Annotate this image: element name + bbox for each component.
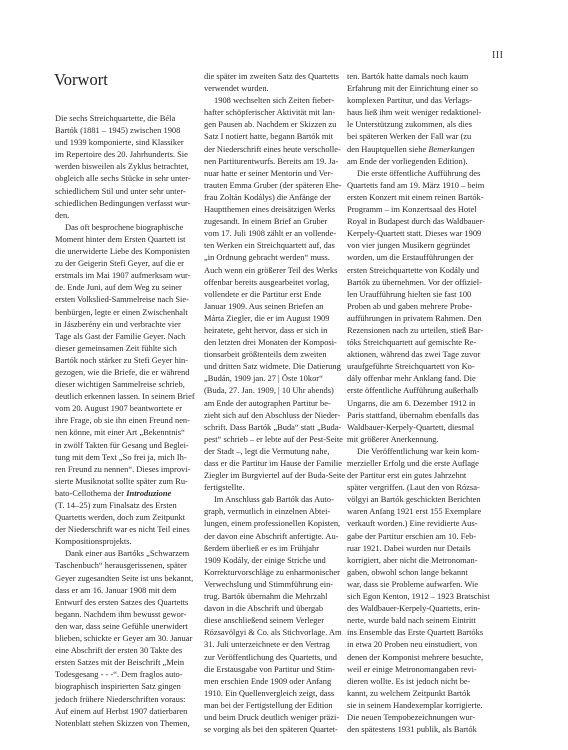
text-line: Rezensionen nach zu urteilen, stieß Bar- <box>347 324 493 336</box>
emphasized-term: Bemerkungen <box>428 144 474 154</box>
text-line: de. Ende Juni, auf dem Weg zu seiner <box>55 281 193 293</box>
text-line: jedoch frühere Niederschriften voraus: <box>55 693 193 705</box>
text-line: bato-Cellothema der Introduzione <box>55 487 193 499</box>
text-line: ersten Volkslied-Sammelreise nach Sie- <box>55 293 193 305</box>
text-line: die unerwiderte Liebe des Komponisten <box>55 245 193 257</box>
text-line: sierte Musiknotat sollte später zum Ru- <box>55 475 193 487</box>
text-line: offenbar bereits ausgearbeitet vorlag, <box>204 276 342 288</box>
text-line: pest“ schrieb – er lebte auf der Pest-Se… <box>204 433 342 445</box>
text-line: gaben, obwohl schon lange bekannt <box>347 566 493 578</box>
text-line: Die Veröffentlichung war kein kom- <box>347 445 493 457</box>
text-line: Die neuen Tempobezeichnungen wur- <box>347 711 493 723</box>
text-line: von vier jungen Musikern gegründet <box>347 239 493 251</box>
text-line: frau Zoltán Kodálys) die Anfänge der <box>204 191 342 203</box>
text-line: Das oft besprochene biographische <box>55 221 193 233</box>
text-line: erste öffentliche Aufführung außerhalb <box>347 384 493 396</box>
text-line: ruar 1921. Dabei wurden nur Details <box>347 542 493 554</box>
text-line: vollendete er die Partitur erst Ende <box>204 288 342 300</box>
text-line: worden, um die Erstaufführungen der <box>347 251 493 263</box>
text-line: len Uraufführung hielten sie fast 100 <box>347 288 493 300</box>
text-line: dieren wollte. Es ist jedoch nicht be- <box>347 675 493 687</box>
text-line: zu der Geigerin Stefi Geyer, auf die er <box>55 257 193 269</box>
text-line: in etwa 20 Proben neu einstudiert, von <box>347 638 493 650</box>
text-line: bei späteren Werken der Fall war (zu <box>347 130 493 142</box>
text-line: den letzten drei Monaten der Komposi- <box>204 336 342 348</box>
text-line: biographisch inspirierten Satz gingen <box>55 680 193 692</box>
text-line: tionsarbeit größtenteils dem zweiten <box>204 348 342 360</box>
text-line: tóks Streichquartett auf gemischte Re- <box>347 336 493 348</box>
text-line: Januar 1909. Aus seinen Briefen an <box>204 300 342 312</box>
text-line: den war, dass seine Gefühle unerwidert <box>55 620 193 632</box>
text-line: nuar hatte er seiner Mentorin und Ver- <box>204 167 342 179</box>
text-line: die Erstausgabe von Partitur und Stim- <box>204 663 342 675</box>
text-line: ersten Konzert mit einem reinen Bartók- <box>347 191 493 203</box>
text-line: Notenblatt stehen Skizzen von Themen, <box>55 717 193 729</box>
text-line: „in Ordnung gebracht werden“ muss. <box>204 251 342 263</box>
text-line: lungen, einem professionellen Kopisten, <box>204 517 342 529</box>
text-line: nen Partiturentwurfs. Bereits am 19. Ja- <box>204 155 342 167</box>
text-line: benbürgen, legte er einen Zwischenhalt <box>55 306 193 318</box>
text-line: vom 20. August 1907 beantwortete er <box>55 402 193 414</box>
text-line: Moment hinter dem Ersten Quartett ist <box>55 233 193 245</box>
text-line: ersten Satzes mit der Beischrift „Mein <box>55 656 193 668</box>
text-line: 31. Juli unterzeichnete er den Vertrag <box>204 638 342 650</box>
text-line: erstmals im Mai 1907 aufmerksam wur- <box>55 269 193 281</box>
text-column-1: Die sechs Streichquartette, die BélaBart… <box>55 112 193 729</box>
text-line: völgyi an Bartók geschickten Berichten <box>347 493 493 505</box>
text-line: ten. Bartók hatte damals noch kaum <box>347 70 493 82</box>
text-line: denen der Komponist mehrere besuchte, <box>347 651 493 663</box>
text-line: davon in die Abschrift und übergab <box>204 602 342 614</box>
text-line: und 1939 komponierte, sind Klassiker <box>55 136 193 148</box>
text-line: Márta Ziegler, die er im August 1909 <box>204 312 342 324</box>
text-line: ren Freund zu nennen“. Dieses improvi- <box>55 463 193 475</box>
text-line: den spätestens 1931 publik, als Bartók <box>347 723 493 735</box>
text-line: ersten Streichquartette von Kodály und <box>347 264 493 276</box>
emphasized-term: Introduzione <box>126 488 171 498</box>
text-line: Geyer zugesandten Seite ist uns bekannt, <box>55 572 193 584</box>
text-line: Kompositionsprojekts. <box>55 535 193 547</box>
text-column-2: die später im zweiten Satz des Quartetts… <box>204 70 342 735</box>
text-line: Ungarns, die am 6. Dezember 1912 in <box>347 397 493 409</box>
text-line: Paris stattfand, übernahm ebenfalls das <box>347 409 493 421</box>
text-line: waren Anfang 1921 erst 155 Exemplare <box>347 505 493 517</box>
text-line: der Niederschrift war es nicht Teil eine… <box>55 523 193 535</box>
text-line: trauten Emma Gruber (der späteren Ehe- <box>204 179 342 191</box>
text-line: Satz I notiert hatte, begann Bartók mit <box>204 130 342 142</box>
text-line: heiratete, geht hervor, dass er sich in <box>204 324 342 336</box>
text-column-3: ten. Bartók hatte damals noch kaumErfahr… <box>347 70 493 735</box>
text-line: mit größerer Anerkennung. <box>347 433 493 445</box>
text-line: nen könne, mit einer Art „Bekenntnis“ <box>55 426 193 438</box>
text-line: den. <box>55 209 193 221</box>
text-line: gabe der Partitur erschien am 10. Feb- <box>347 530 493 542</box>
text-line: ßerdem überließ er es im Frühjahr <box>204 542 342 554</box>
text-line: Bartók (1881 – 1945) zwischen 1908 <box>55 124 193 136</box>
text-line: Ziegler im Burgviertel auf der Buda-Seit… <box>204 469 342 481</box>
text-line: sie in seinem Handexemplar korrigierte. <box>347 699 493 711</box>
text-line: deutlich erkennen lassen. In seinem Brie… <box>55 390 193 402</box>
text-line: Korrekturvorschläge zu enharmonischer <box>204 566 342 578</box>
text-line: der davon eine Abschrift anfertigte. Au- <box>204 530 342 542</box>
text-line: dass er die Partitur im Hause der Famili… <box>204 457 342 469</box>
text-line: merzieller Erfolg und die erste Auflage <box>347 457 493 469</box>
text-line: haus ließ ihm weit weniger redaktionel- <box>347 106 493 118</box>
text-line: die später im zweiten Satz des Quartetts <box>204 70 342 82</box>
text-line: (T. 14–25) zum Finalsatz des Ersten <box>55 499 193 511</box>
text-line: 1909 Kodály, der einige Striche und <box>204 554 342 566</box>
text-line: Verwechslung und Stimmführung ein- <box>204 578 342 590</box>
text-line: schrift. Dass Bartók „Buda“ statt „Buda- <box>204 421 342 433</box>
text-line: „Budán, 1909 jan. 27 | Öste 10kor“ <box>204 372 342 384</box>
text-line: se vorging als bei den späteren Quartet- <box>204 723 342 735</box>
text-line: Kerpely-Quartett statt. Dieses war 1909 <box>347 227 493 239</box>
text-line: Taschenbuch“ herausgerissenen, später <box>55 559 193 571</box>
text-line: der Niederschrift eines heute verscholle… <box>204 143 342 155</box>
text-line: in zwölf Takten für Gesang und Beglei- <box>55 439 193 451</box>
text-line: der Partitur erst ein gutes Jahrzehnt <box>347 469 493 481</box>
text-line: le Unterstützung zukommen, als dies <box>347 118 493 130</box>
text-line: diese anschließend seinem Verleger <box>204 614 342 626</box>
text-line: sich Egon Kenton, 1912 – 1923 Bratschist <box>347 590 493 602</box>
text-line: später vergriffen. (Laut den von Rózsa- <box>347 481 493 493</box>
text-line: tung mit dem Text „So frei ja, mich Ih- <box>55 451 193 463</box>
text-line: dass er am 16. Januar 1908 mit dem <box>55 584 193 596</box>
text-line: der Stadt –, legt die Vermutung nahe, <box>204 445 342 457</box>
text-line: schiedlichen Bedingungen verfasst wur- <box>55 197 193 209</box>
text-line: Waldbauer-Kerpely-Quartett, diesmal <box>347 421 493 433</box>
text-line: komplexen Partitur, und das Verlags- <box>347 94 493 106</box>
text-line: man bei der Fertigstellung der Edition <box>204 699 342 711</box>
text-line: verkauft worden.) Eine revidierte Aus- <box>347 517 493 529</box>
text-line: Erfahrung mit der Einrichtung einer so <box>347 82 493 94</box>
text-line: korrigiert, aber nicht die Metronoman- <box>347 554 493 566</box>
text-line: am Ende der vorliegenden Edition). <box>347 155 493 167</box>
text-line: des Waldbauer-Kerpely-Quartetts, erin- <box>347 602 493 614</box>
text-line: Proben ab und gaben mehrere Probe- <box>347 300 493 312</box>
text-line: den Hauptquellen siehe Bemerkungen <box>347 143 493 155</box>
text-line: ins Ensemble das Erste Quartett Bartóks <box>347 626 493 638</box>
text-line: Die erste öffentliche Aufführung des <box>347 167 493 179</box>
text-line: zieht sich auf den Abschluss der Nieder- <box>204 409 342 421</box>
text-line: graph, vermutlich in einzelnen Abtei- <box>204 505 342 517</box>
text-line: kannt, zu welchem Zeitpunkt Bartók <box>347 687 493 699</box>
text-line: obgleich alle sechs Stücke in sehr unter… <box>55 172 193 184</box>
text-line: dieser wichtigen Sammelreise schrieb, <box>55 378 193 390</box>
text-line: in Jászberény ein und verbrachte vier <box>55 318 193 330</box>
text-line: werden bisweilen als Zyklus betrachtet, <box>55 160 193 172</box>
text-line: ihre Frage, ob sie ihn einen Freund nen- <box>55 414 193 426</box>
text-line: trug. Bartók übernahm die Mehrzahl <box>204 590 342 602</box>
text-line: ten Werken ein Streichquartett auf, das <box>204 239 342 251</box>
text-line: aktionen, während das zwei Tage zuvor <box>347 348 493 360</box>
text-line: Todesgesang - - -“. Dem fraglos auto- <box>55 668 193 680</box>
text-line: uraufgeführte Streichquartett von Ko- <box>347 360 493 372</box>
text-line: Royal in Budapest durch das Waldbauer- <box>347 215 493 227</box>
text-line: Bartók noch stärker zu Stefi Geyer hin- <box>55 354 193 366</box>
text-line: gezogen, wie die Briefe, die er während <box>55 366 193 378</box>
page-number: III <box>492 50 504 61</box>
text-line: Hauptthemen eines dreisätzigen Werks <box>204 203 342 215</box>
text-line: Bartók zu übernehmen. Vor der offiziel- <box>347 276 493 288</box>
text-line: Quartetts fand am 19. März 1910 – beim <box>347 179 493 191</box>
page-title: Vorwort <box>54 70 108 90</box>
text-line: dieser gemeinsamen Zeit fühlte sich <box>55 342 193 354</box>
text-line: Auch wenn ein größerer Teil des Werks <box>204 264 342 276</box>
text-line: nerte, wurde bald nach seinem Eintritt <box>347 614 493 626</box>
text-line: weil er einige Metronomangaben revi- <box>347 663 493 675</box>
text-line: gen Pausen ab. Nachdem er Skizzen zu <box>204 118 342 130</box>
text-line: und dritten Satz widmete. Die Datierung <box>204 360 342 372</box>
text-line: zur Veröffentlichung des Quartetts, und <box>204 651 342 663</box>
text-line: im Repertoire des 20. Jahrhunderts. Sie <box>55 148 193 160</box>
text-line: aufführungen in privatem Rahmen. Den <box>347 312 493 324</box>
text-line: Entwurf des ersten Satzes des Quartetts <box>55 596 193 608</box>
text-line: und beim Druck deutlich weniger präzi- <box>204 711 342 723</box>
text-line: Im Anschluss gab Bartók das Auto- <box>204 493 342 505</box>
text-line: dály offenbar mehr Anklang fand. Die <box>347 372 493 384</box>
text-line: Rózsavölgyi & Co. als Stichvorlage. Am <box>204 626 342 638</box>
text-line: zugesandt. In einem Brief an Gruber <box>204 215 342 227</box>
text-line: eine Abschrift der ersten 30 Takte des <box>55 644 193 656</box>
text-line: begann. Nachdem ihm bewusst gewor- <box>55 608 193 620</box>
text-line: (Buda, 27. Jan. 1909, | 10 Uhr abends) <box>204 384 342 396</box>
text-line: Tage als Gast der Familie Geyer. Nach <box>55 330 193 342</box>
text-line: 1908 wechselten sich Zeiten fieber- <box>204 94 342 106</box>
text-line: men erschien Ende 1909 oder Anfang <box>204 675 342 687</box>
text-line: Programm – im Konzertsaal des Hotel <box>347 203 493 215</box>
text-line: Auf einem auf Herbst 1907 datierbaren <box>55 705 193 717</box>
text-line: am Ende der autographen Partitur be- <box>204 397 342 409</box>
text-line: Dank einer aus Bartóks „Schwarzem <box>55 547 193 559</box>
text-line: verwendet wurden. <box>204 82 342 94</box>
text-line: war, dass sie Probleme aufwarfen. Wie <box>347 578 493 590</box>
text-line: 1910. Ein Quellenvergleich zeigt, dass <box>204 687 342 699</box>
text-line: hafter schöpferischer Aktivität mit lan- <box>204 106 342 118</box>
text-line: fertigstellte. <box>204 481 342 493</box>
text-line: blieben, schickte er Geyer am 30. Januar <box>55 632 193 644</box>
text-line: vom 17. Juli 1908 zählt er an vollende- <box>204 227 342 239</box>
text-line: schiedlichem Stil und unter sehr unter- <box>55 185 193 197</box>
text-line: Die sechs Streichquartette, die Béla <box>55 112 193 124</box>
text-line: Quartetts werden, doch zum Zeitpunkt <box>55 511 193 523</box>
